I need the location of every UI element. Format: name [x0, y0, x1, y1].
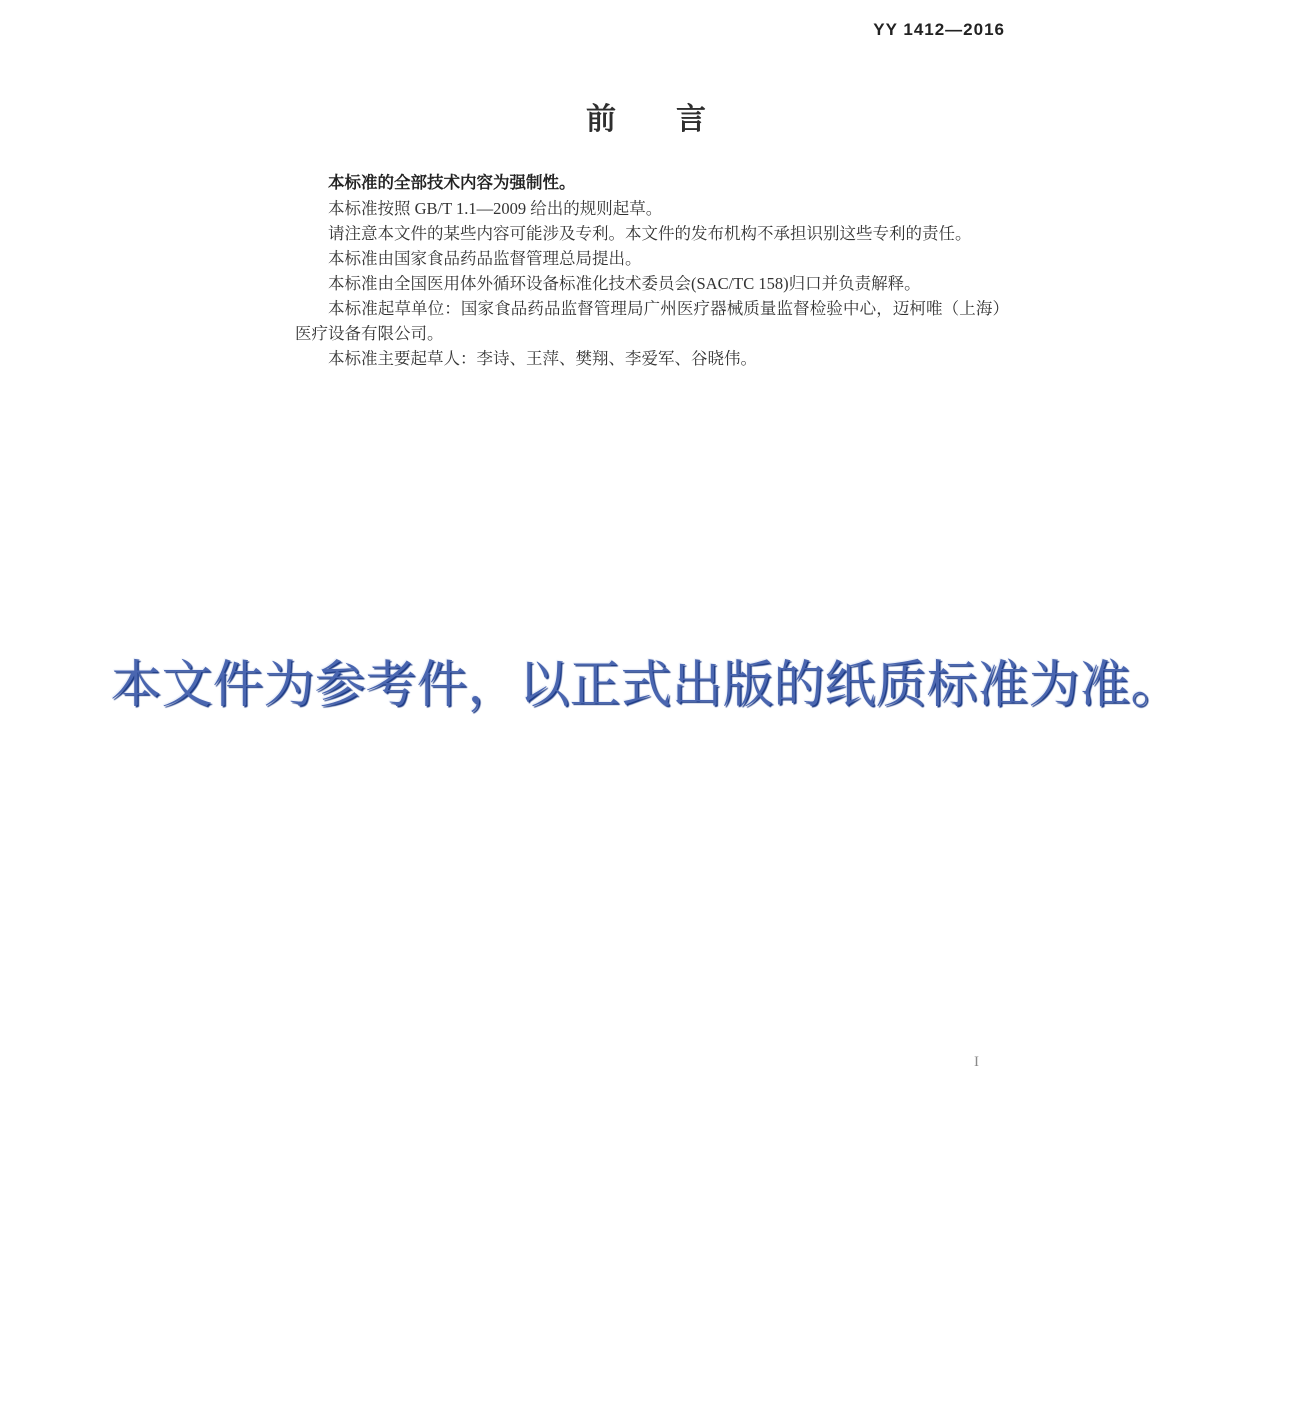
foreword-body: 本标准的全部技术内容为强制性。 本标准按照 GB/T 1.1—2009 给出的规… — [295, 171, 1009, 371]
paragraph-proposed-by: 本标准由国家食品药品监督管理总局提出。 — [295, 246, 1009, 271]
paragraph-mandatory-note: 本标准的全部技术内容为强制性。 — [295, 171, 1009, 196]
doc-code: YY 1412—2016 — [0, 20, 1005, 40]
paragraph-drafters: 本标准主要起草人：李诗、王萍、樊翔、李爱军、谷晓伟。 — [295, 346, 1009, 371]
paragraph-patent-note: 请注意本文件的某些内容可能涉及专利。本文件的发布机构不承担识别这些专利的责任。 — [295, 221, 1009, 246]
paragraph-drafting-rules: 本标准按照 GB/T 1.1—2009 给出的规则起草。 — [295, 196, 1009, 221]
reference-copy-watermark: 本文件为参考件，以正式出版的纸质标准为准。 — [0, 643, 1292, 717]
page-title: 前 言 — [0, 94, 1292, 138]
page-number: I — [974, 1054, 979, 1071]
paragraph-committee: 本标准由全国医用体外循环设备标准化技术委员会(SAC/TC 158)归口并负责解… — [295, 271, 1009, 296]
paragraph-drafting-units: 本标准起草单位：国家食品药品监督管理局广州医疗器械质量监督检验中心，迈柯唯（上海… — [295, 296, 1009, 346]
document-page: YY 1412—2016 前 言 本标准的全部技术内容为强制性。 本标准按照 G… — [0, 0, 1292, 1414]
